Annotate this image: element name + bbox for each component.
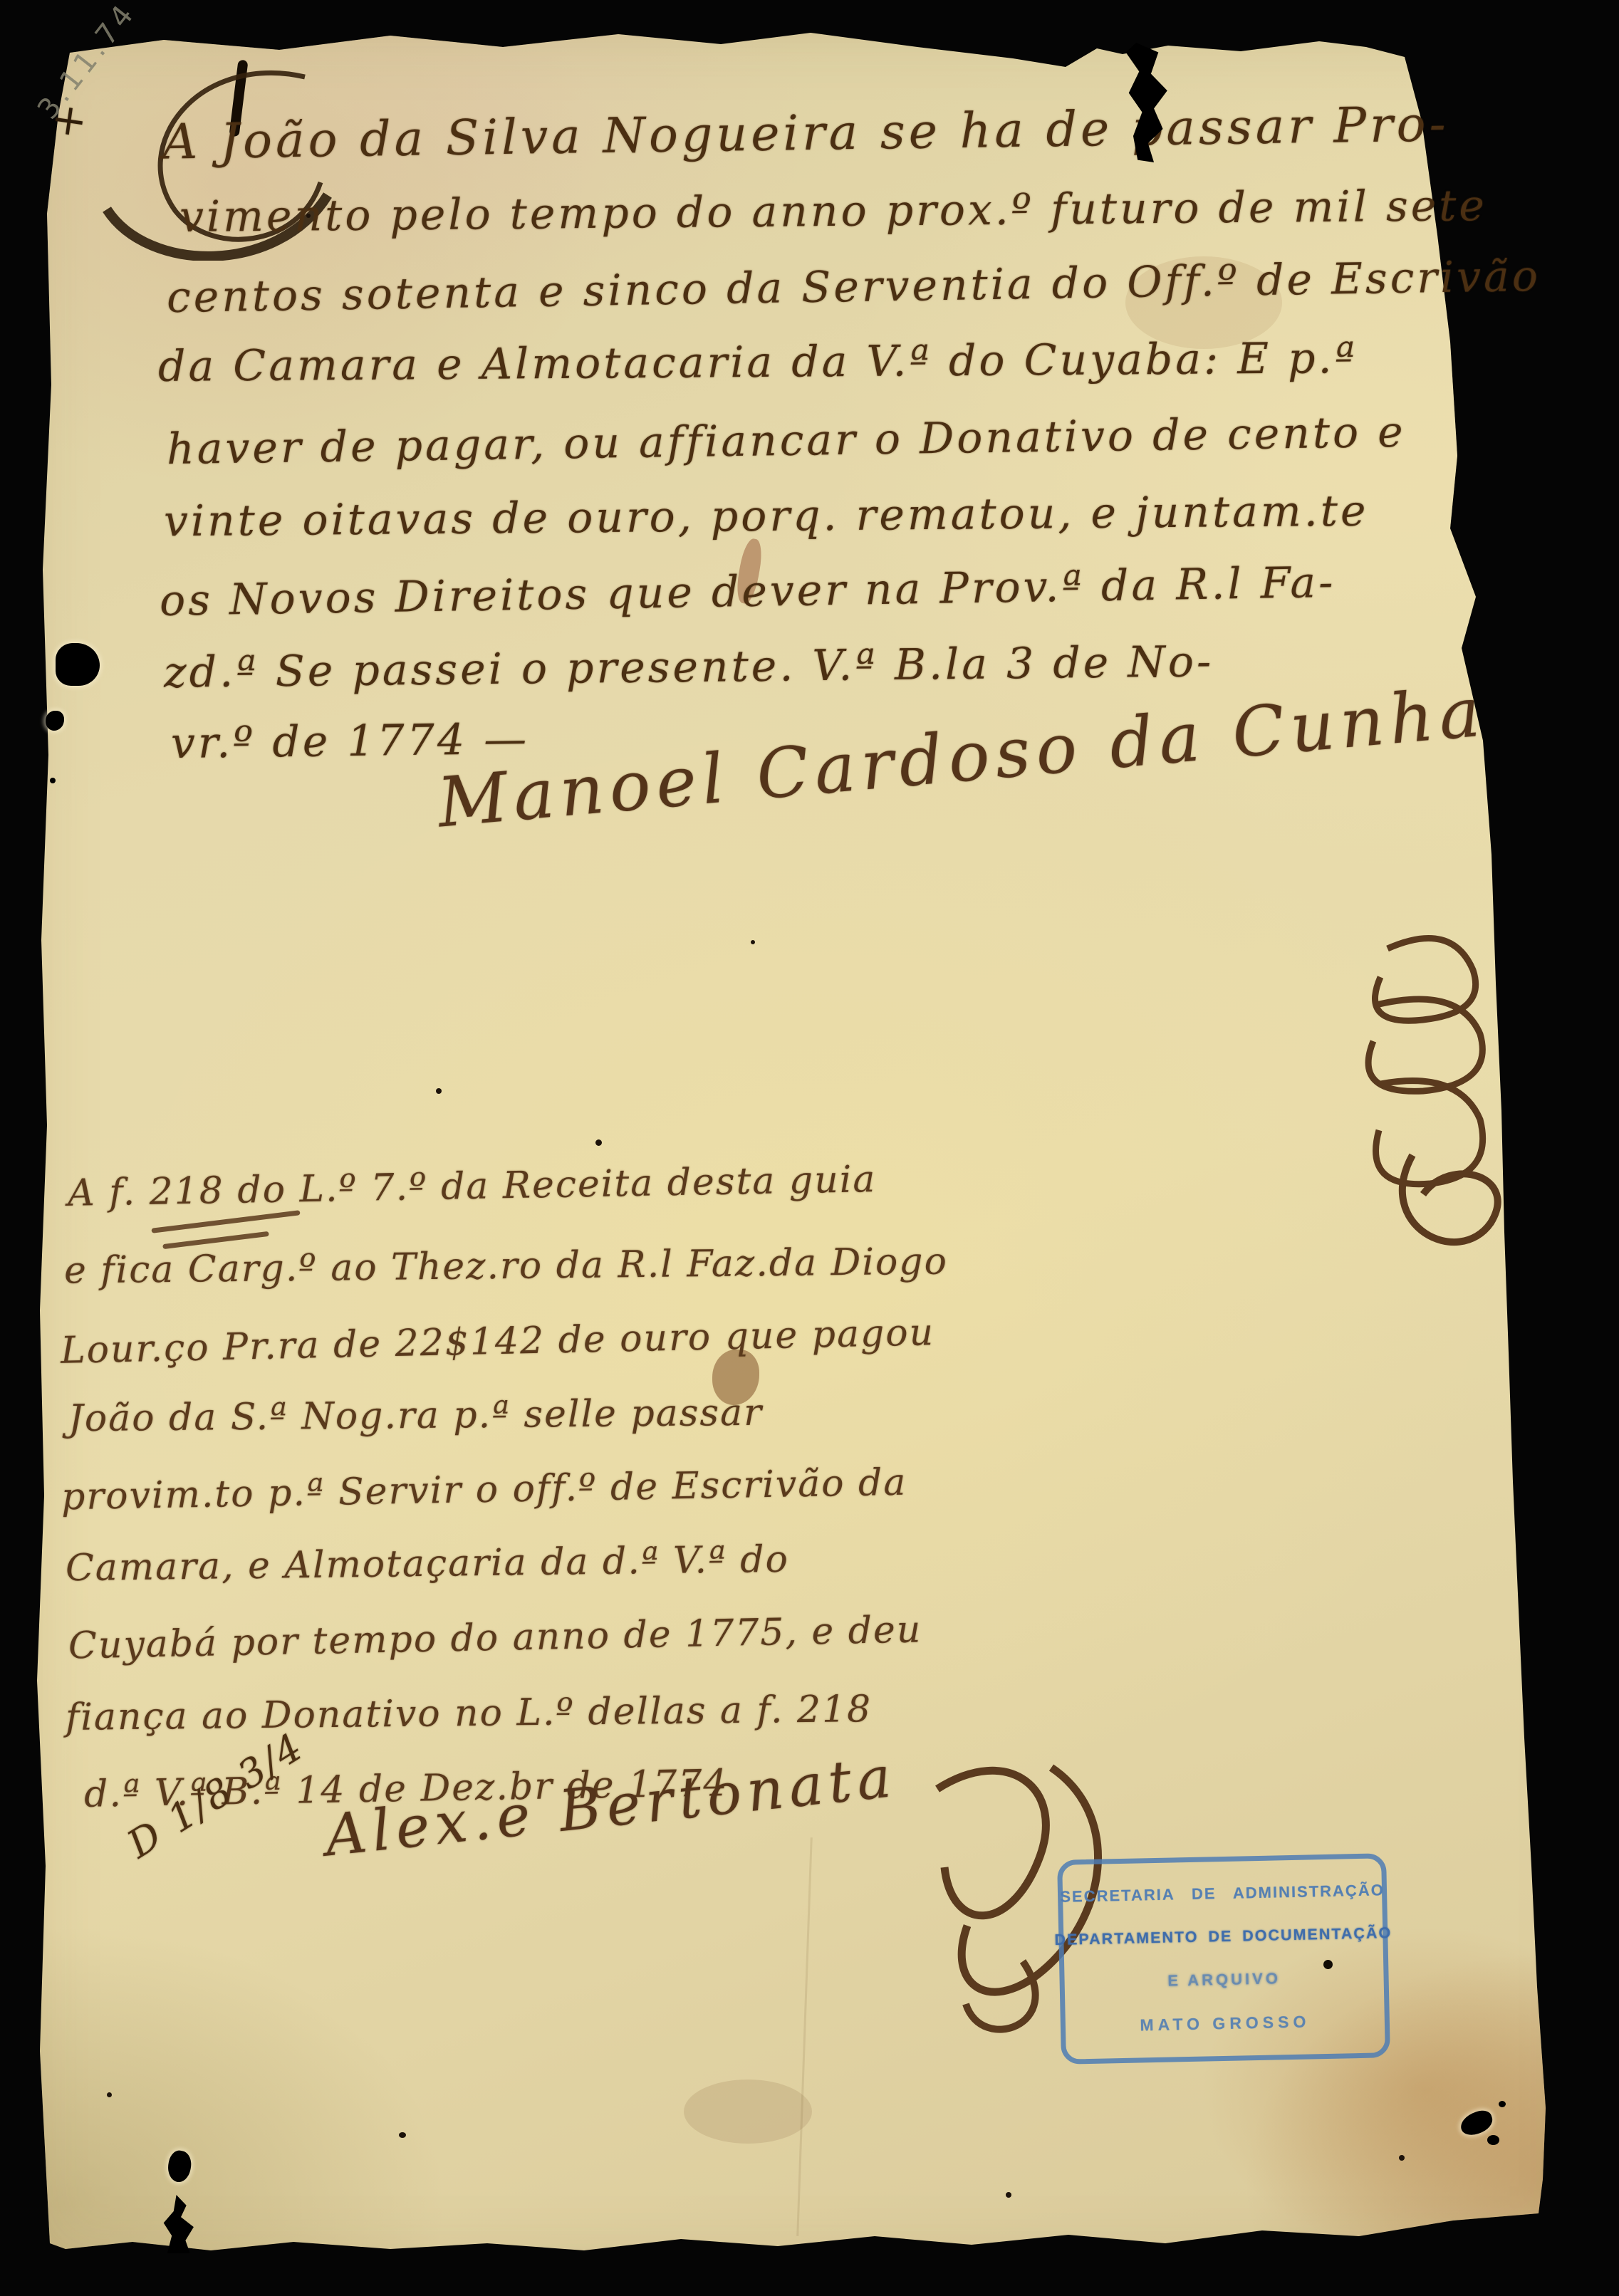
paper-hole: [50, 778, 56, 783]
ink-speck: [1006, 2192, 1011, 2198]
paper-hole: [56, 643, 100, 686]
stamp-line-mato-grosso: MATO GROSSO: [1140, 2013, 1310, 2035]
registration-line-4: João da S.ª Nog.ra p.ª selle passar: [68, 1392, 763, 1441]
ink-speck: [595, 1139, 602, 1146]
paper-stain: [684, 2080, 812, 2144]
archive-stamp: SECRETARIA DE ADMINISTRAÇÃO DEPARTAMENTO…: [1057, 1853, 1390, 2065]
paper-hole: [1487, 2135, 1499, 2145]
signature-rubric-flourish: [1345, 920, 1523, 1290]
scan-background: 3.11.74 + A João da Silva Nogueira se ha…: [0, 0, 1619, 2296]
ink-speck: [107, 2092, 112, 2097]
stamp-line-arquivo: E ARQUIVO: [1167, 1969, 1281, 1990]
ink-speck: [399, 2132, 406, 2138]
ink-speck: [436, 1088, 442, 1094]
registration-line-6: Camara, e Almotaçaria da d.ª V.ª do: [66, 1538, 790, 1590]
stamp-line-departamento: DEPARTAMENTO DE DOCUMENTAÇÃO: [1054, 1924, 1392, 1949]
ink-speck: [751, 940, 755, 944]
stamp-line-secretaria: SECRETARIA DE ADMINISTRAÇÃO: [1060, 1881, 1385, 1906]
registration-line-8: fiança ao Donativo no L.º dellas a f. 21…: [66, 1688, 873, 1739]
provision-line-4: da Camara e Almotacaria da V.ª do Cuyaba…: [158, 333, 1358, 392]
paper-hole: [1499, 2101, 1506, 2107]
ink-speck: [1399, 2155, 1405, 2161]
provision-line-6: vinte oitavas de ouro, porq. rematou, e …: [164, 486, 1369, 547]
ink-speck: [306, 214, 311, 218]
margin-cross-mark: +: [48, 93, 90, 147]
ink-dot: [1323, 1960, 1333, 1969]
